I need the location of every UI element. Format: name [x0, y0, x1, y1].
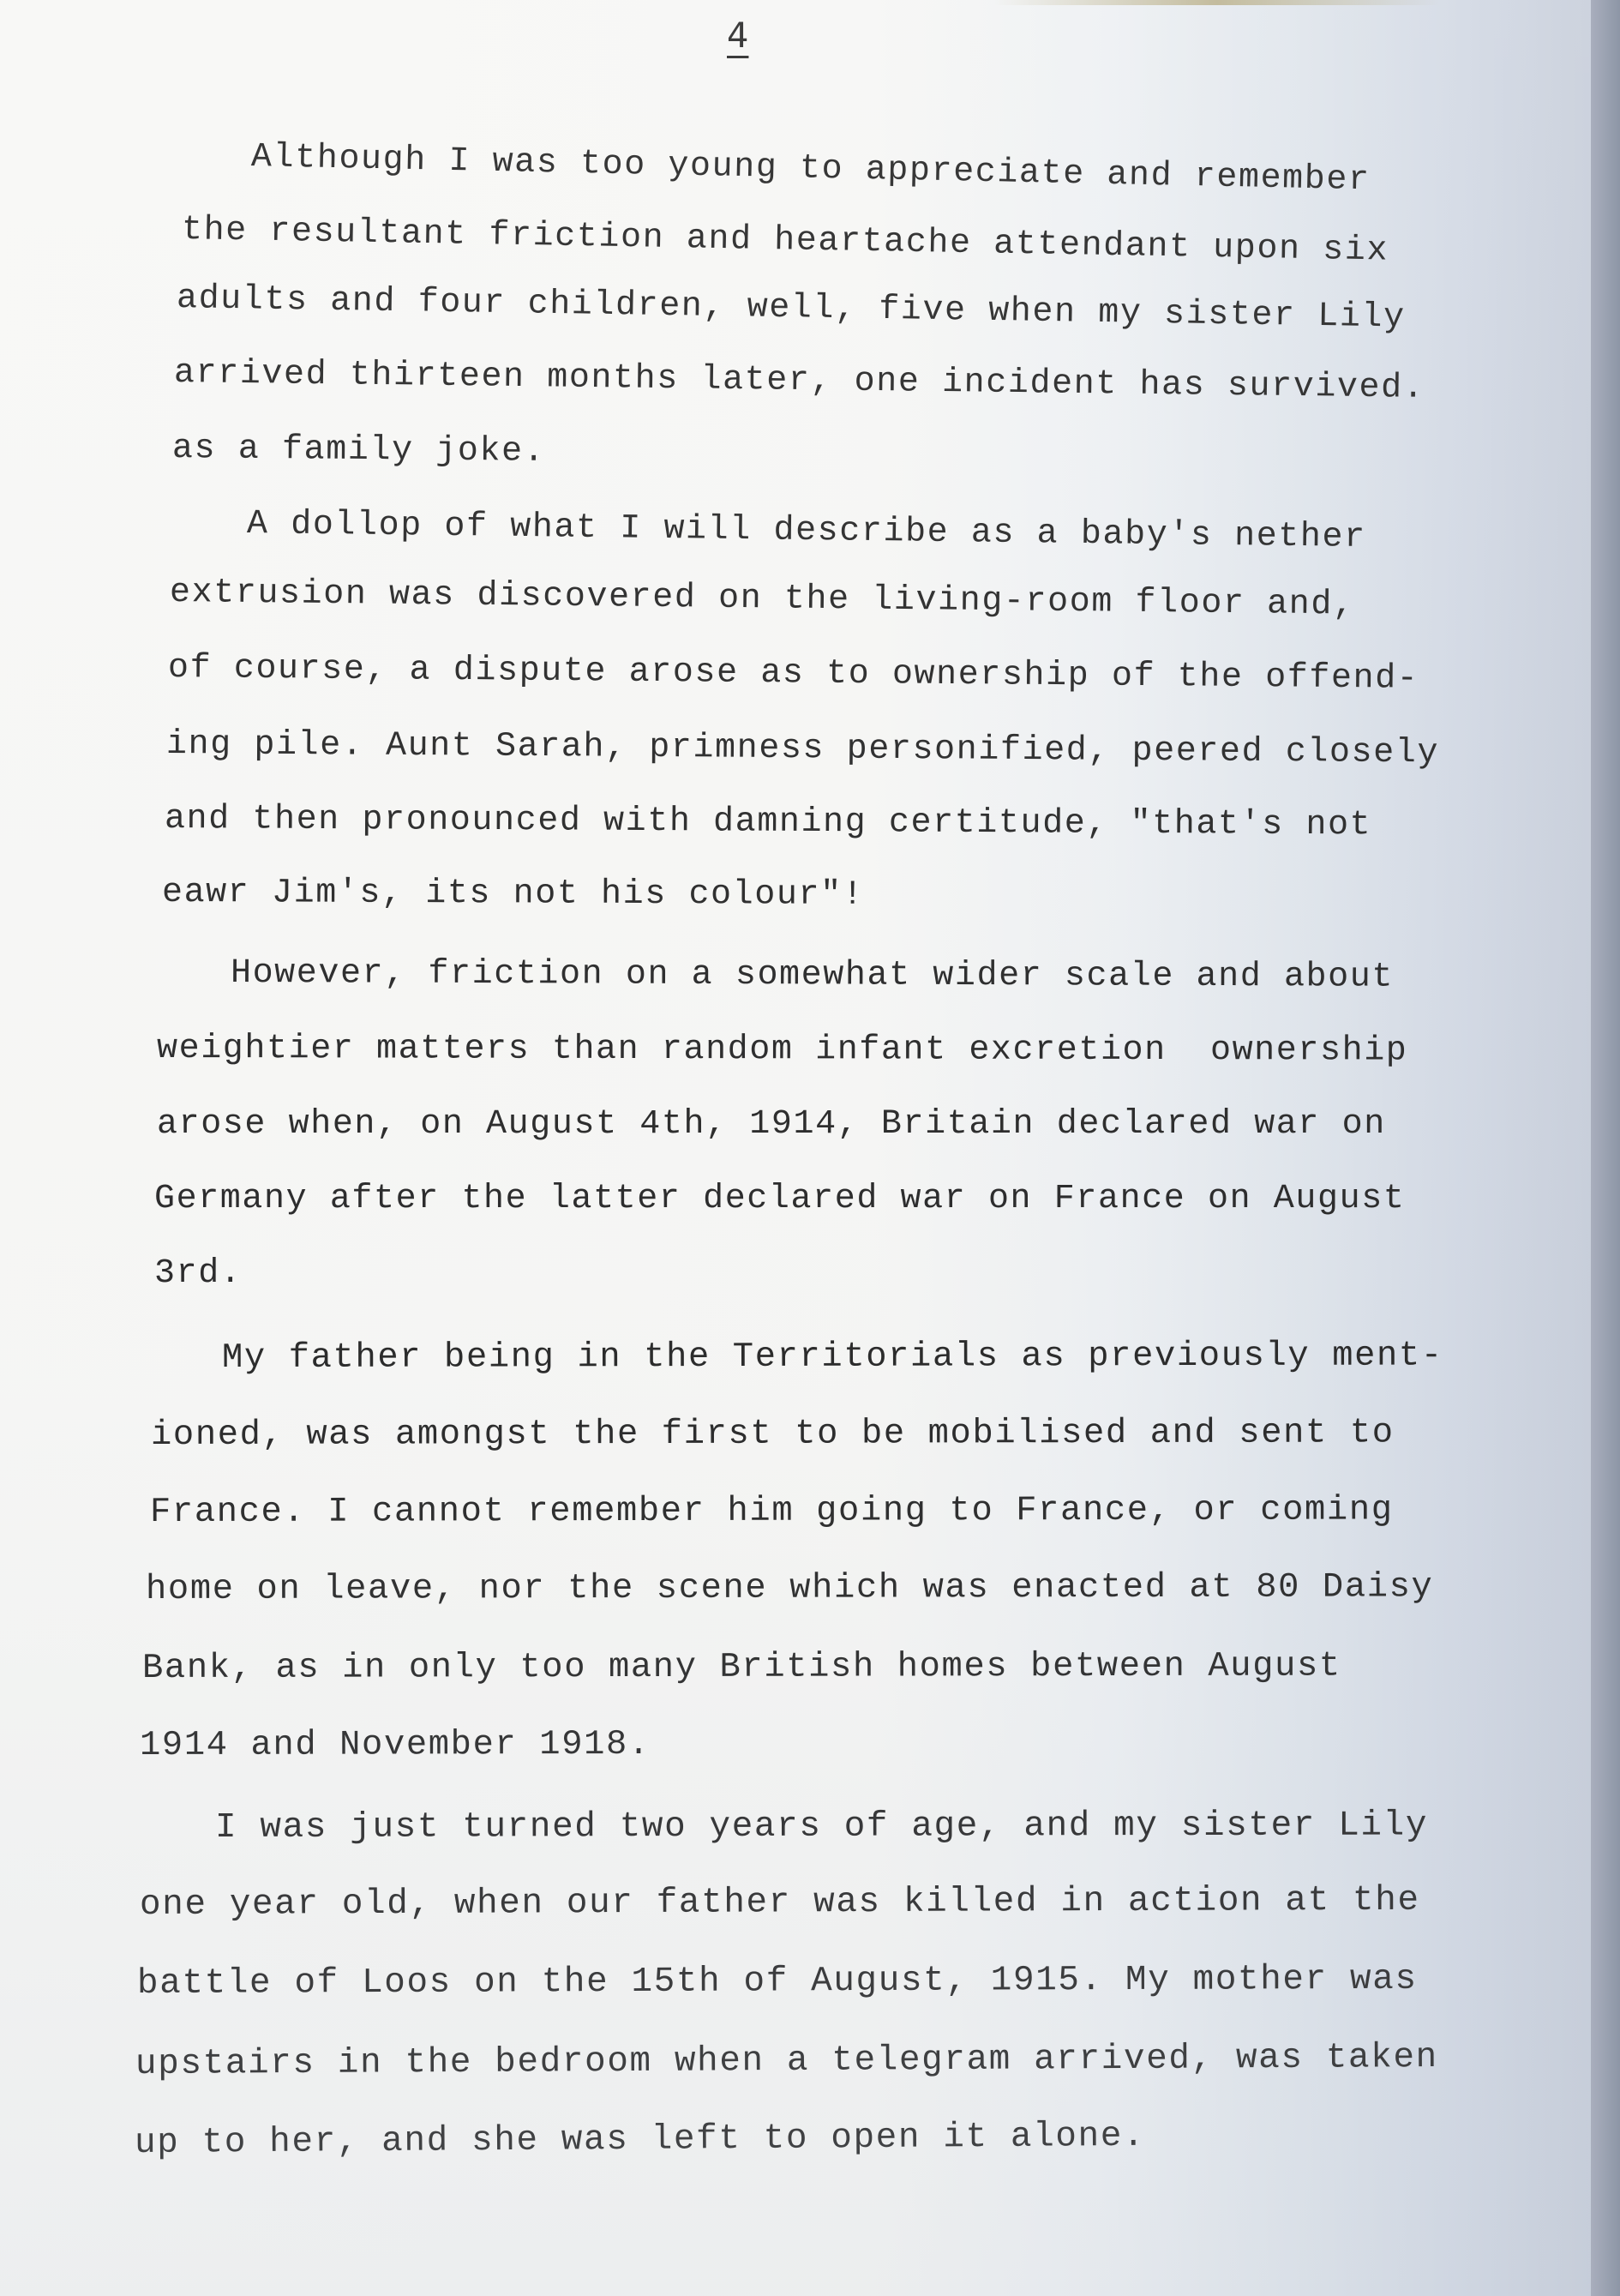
typed-page: 4 Although I was too young to appreciate…	[0, 0, 1591, 2296]
text-line: A dollop of what I will describe as a ba…	[247, 504, 1366, 559]
text-line: Germany after the latter declared war on…	[154, 1179, 1405, 1220]
text-line: ioned, was amongst the first to be mobil…	[151, 1412, 1395, 1456]
text-line: of course, a dispute arose as to ownersh…	[168, 648, 1419, 700]
text-line: However, friction on a somewhat wider sc…	[231, 953, 1394, 999]
page-number: 4	[727, 15, 748, 57]
text-line: battle of Loos on the 15th of August, 19…	[137, 1959, 1418, 2004]
text-line: one year old, when our father was killed…	[140, 1880, 1420, 1926]
text-line: the resultant friction and heartache att…	[182, 210, 1389, 273]
text-line: home on leave, nor the scene which was e…	[146, 1566, 1434, 1610]
text-line: extrusion was discovered on the living-r…	[170, 573, 1355, 626]
text-line: 3rd.	[154, 1253, 242, 1295]
text-line: ing pile. Aunt Sarah, primness personifi…	[166, 724, 1439, 774]
text-line: weightier matters than random infant exc…	[157, 1029, 1408, 1073]
text-line: Bank, as in only too many British homes …	[142, 1646, 1341, 1689]
text-line: arrived thirteen months later, one incid…	[174, 353, 1425, 410]
text-line: 1914 and November 1918.	[140, 1724, 651, 1766]
text-line: eawr Jim's, its not his colour"!	[162, 873, 864, 917]
text-line: adults and four children, well, five whe…	[177, 279, 1406, 340]
page-top-shadow	[994, 0, 1440, 5]
text-line: France. I cannot remember him going to F…	[150, 1489, 1394, 1533]
text-line: My father being in the Territorials as p…	[222, 1336, 1443, 1379]
text-line: arose when, on August 4th, 1914, Britain…	[157, 1104, 1386, 1145]
text-line: and then pronounced with damning certitu…	[165, 799, 1371, 846]
text-line: upstairs in the bedroom when a telegram …	[135, 2037, 1438, 2085]
text-line: as a family joke.	[172, 429, 546, 473]
text-line: up to her, and she was left to open it a…	[135, 2116, 1145, 2164]
text-line: I was just turned two years of age, and …	[215, 1806, 1428, 1848]
page-edge-shadow	[1591, 0, 1620, 2296]
text-line: Although I was too young to appreciate a…	[250, 137, 1371, 201]
